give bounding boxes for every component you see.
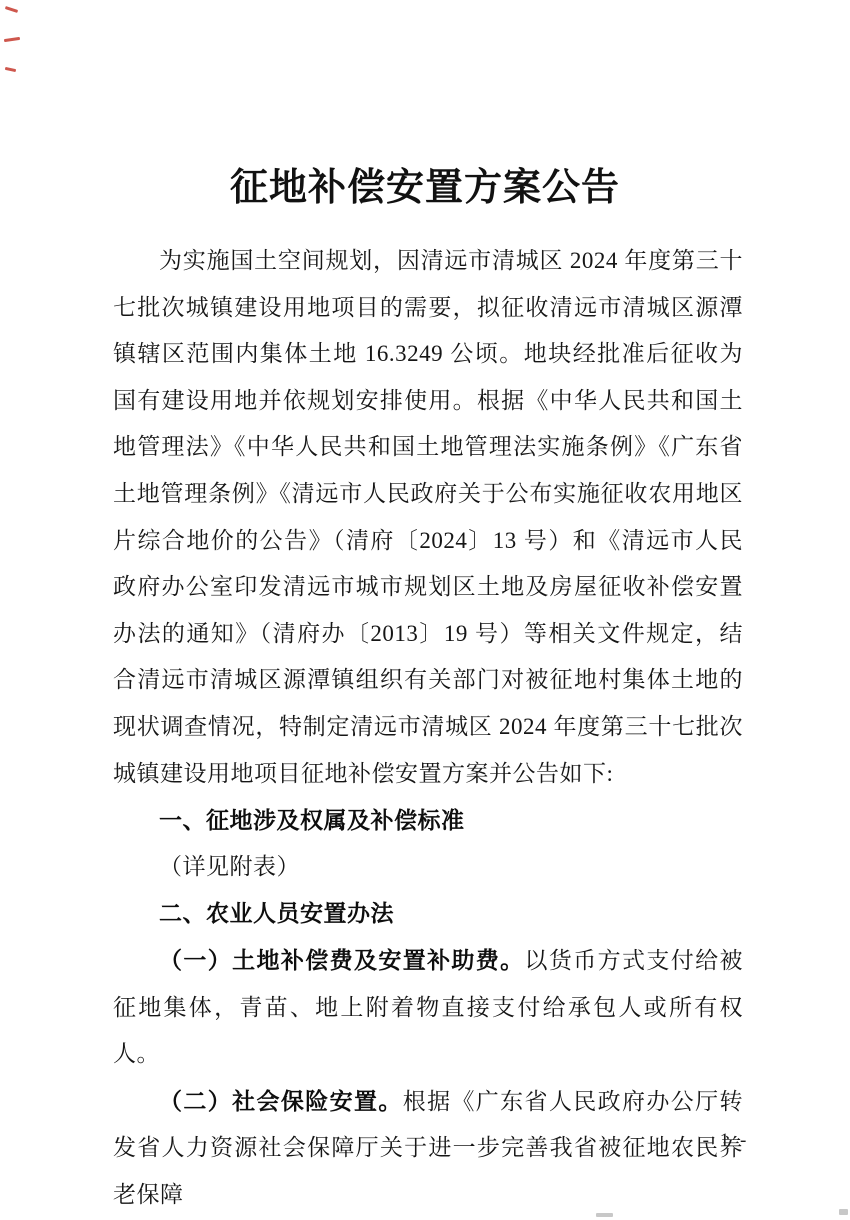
scan-artifact <box>839 1209 848 1215</box>
page-title: 征地补偿安置方案公告 <box>0 156 850 211</box>
red-pen-stroke-icon <box>5 67 16 72</box>
see-attached-table-note: （详见附表） <box>113 844 743 891</box>
document-body: 为实施国土空间规划，因清远市清城区 2024 年度第三十七批次城镇建设用地项目的… <box>113 238 743 1218</box>
item-1-paragraph: （一）土地补偿费及安置补助费。以货币方式支付给被征地集体，青苗、地上附着物直接支… <box>113 937 743 1078</box>
item-2-lead: （二）社会保险安置。 <box>159 1088 403 1114</box>
page-number: - 1 - <box>698 1130 754 1152</box>
intro-paragraph: 为实施国土空间规划，因清远市清城区 2024 年度第三十七批次城镇建设用地项目的… <box>113 238 743 797</box>
red-pen-stroke-icon <box>4 37 20 42</box>
red-pen-stroke-icon <box>5 6 18 13</box>
scan-artifact <box>596 1213 613 1217</box>
section-1-heading: 一、征地涉及权属及补偿标准 <box>113 797 743 844</box>
item-2-paragraph: （二）社会保险安置。根据《广东省人民政府办公厅转发省人力资源社会保障厅关于进一步… <box>113 1078 743 1219</box>
item-1-lead: （一）土地补偿费及安置补助费。 <box>159 947 525 973</box>
section-2-heading: 二、农业人员安置办法 <box>113 890 743 937</box>
document-page: 征地补偿安置方案公告 为实施国土空间规划，因清远市清城区 2024 年度第三十七… <box>0 0 850 1220</box>
